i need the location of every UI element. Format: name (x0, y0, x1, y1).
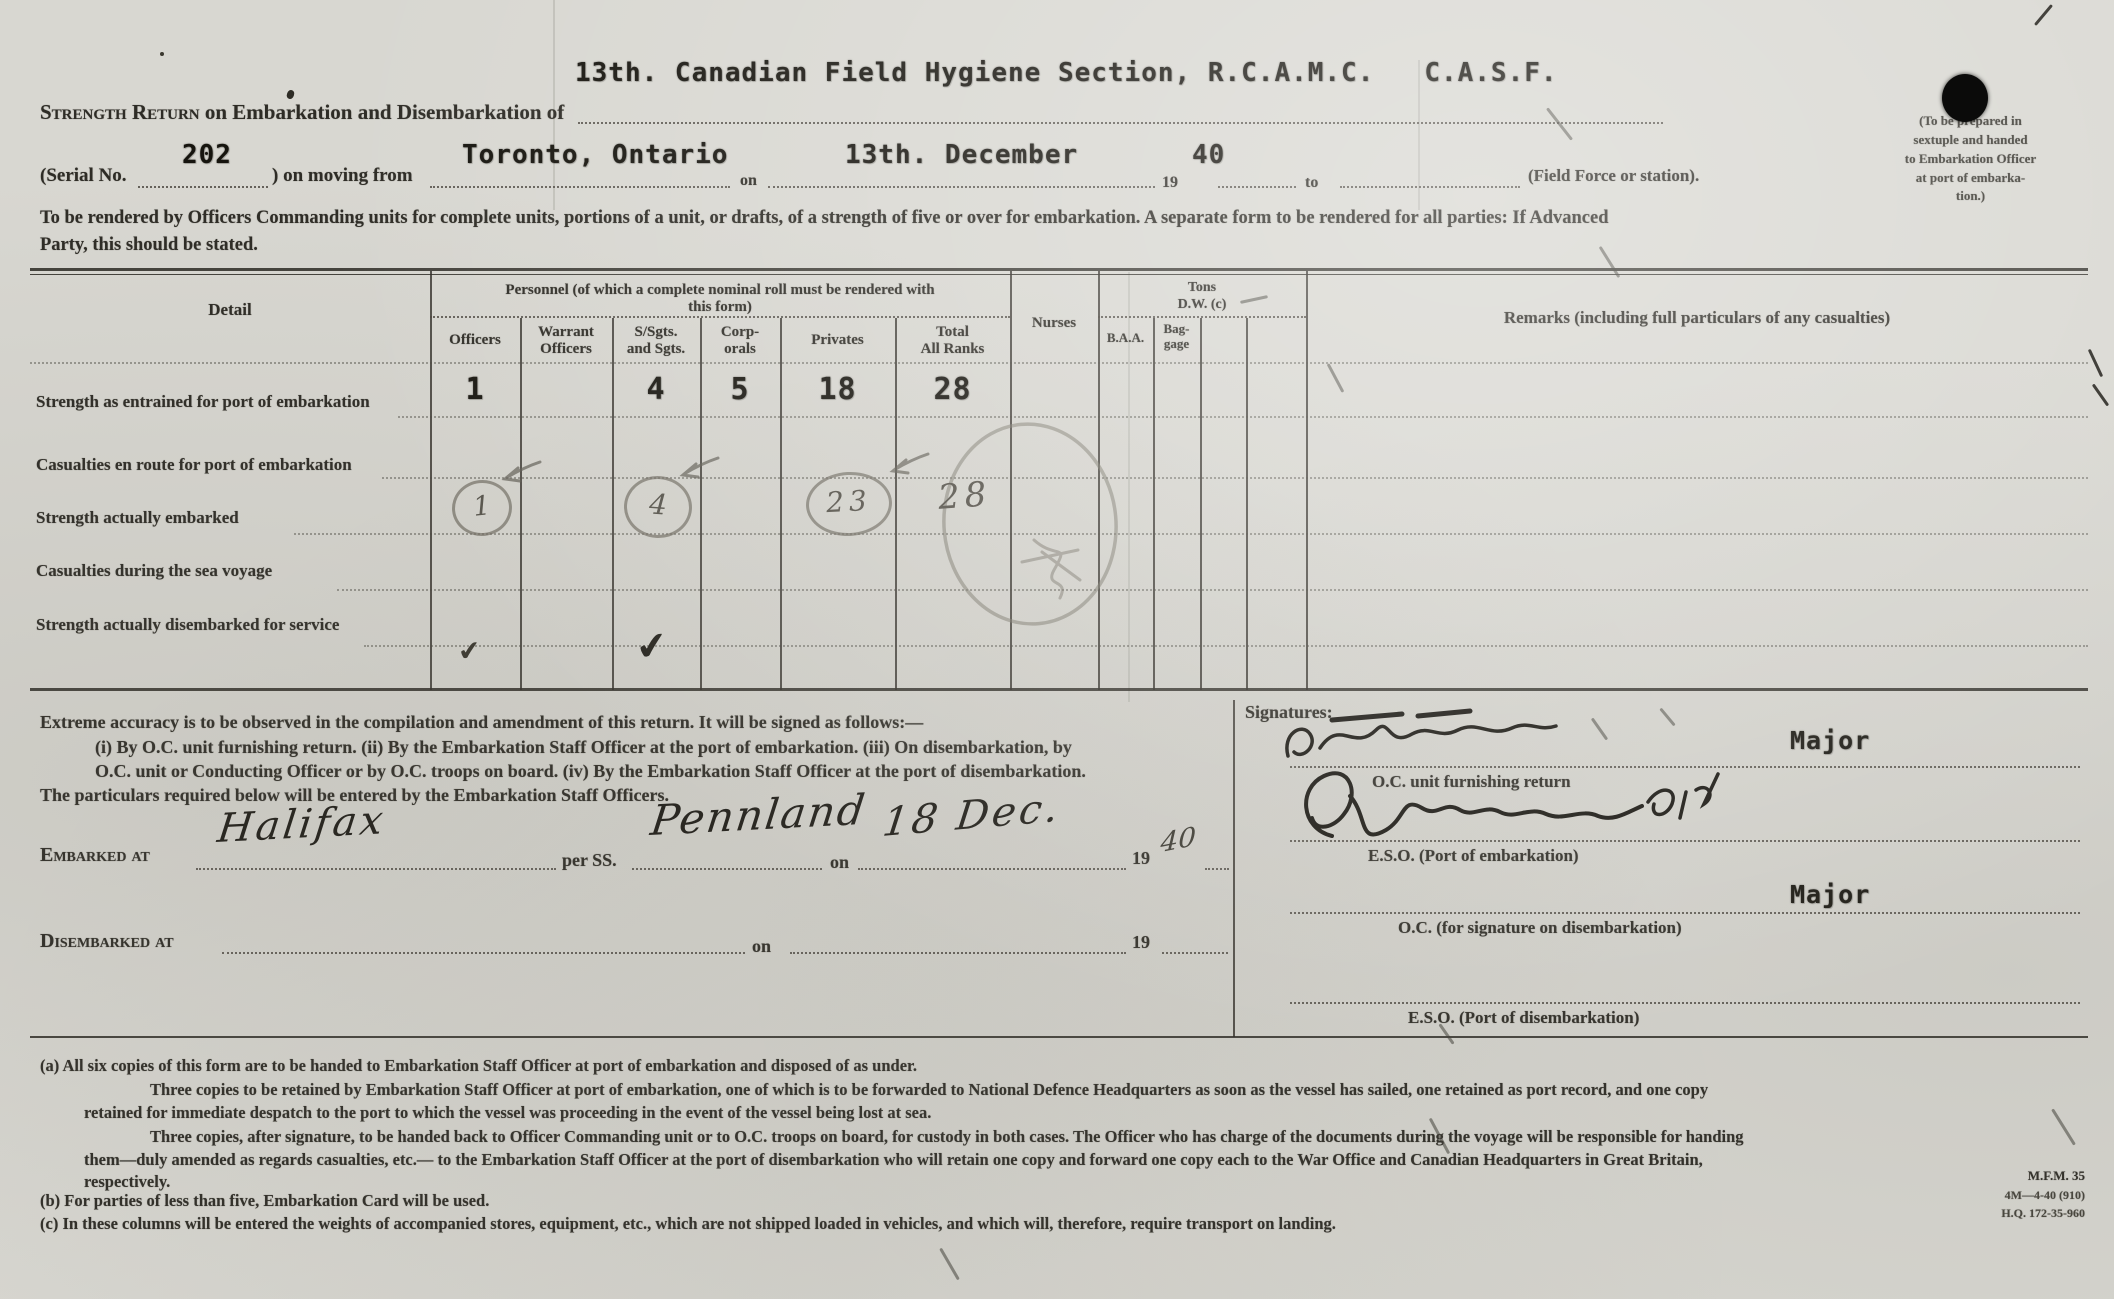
scan-mark (939, 1248, 960, 1281)
per-ss-label: per SS. (562, 850, 617, 871)
to-ruled-line (1340, 186, 1520, 188)
scan-mark (2051, 1108, 2076, 1145)
col-header-baa: B.A.A. (1098, 330, 1153, 346)
to-label: to (1305, 174, 1318, 192)
col-header-nurses: Nurses (1010, 315, 1098, 332)
cell-entrained-total: 28 (895, 372, 1010, 407)
embarked-port-handwriting: Halifax (215, 797, 389, 852)
pencil-value: 4 (648, 487, 668, 521)
check-disembarked-ssgts: ✔ (633, 622, 671, 671)
form-title-rest: on Embarkation and Disembarkation of (200, 100, 565, 124)
row-leader (294, 533, 2088, 535)
section-bottom-rule (30, 1036, 2088, 1038)
signature-label-oc-disembarkation: O.C. (for signature on disembarkation) (1398, 918, 1682, 938)
row-label-actually-embarked: Strength actually embarked (36, 508, 239, 528)
date-typed: 13th. December (845, 140, 1078, 170)
detail-header: Detail (30, 300, 430, 320)
check-disembarked-officers: ✔ (456, 635, 482, 668)
embarked-at-label: Embarked at (40, 844, 150, 867)
disembark-year-prefix: 19 (1132, 932, 1150, 953)
ship-line (632, 868, 822, 870)
intro-line1: To be rendered by Officers Commanding un… (40, 208, 1608, 229)
table-top-rule (30, 268, 2088, 271)
embark-year-handwriting: 40 (1160, 822, 1197, 859)
col-header-warrant-officers: Warrant Officers (520, 324, 612, 359)
tons-header-underline (1098, 316, 1306, 318)
table-top-rule-thin (30, 274, 2088, 275)
intro-line2: Party, this should be stated. (40, 235, 258, 256)
year-ruled-line (1218, 186, 1296, 188)
serial-value-typed: 202 (182, 140, 232, 170)
date-ruled-line (768, 186, 1155, 188)
scan-mark (1327, 363, 1345, 393)
table-vline (1246, 318, 1248, 690)
note-b: (b) For parties of less than five, Embar… (40, 1191, 489, 1211)
strength-return-form-scan: 13th. Canadian Field Hygiene Section, R.… (0, 0, 2114, 1299)
table-vline (520, 318, 522, 690)
row-leader (398, 416, 2088, 418)
disembark-date-line (790, 952, 1126, 954)
ink-speck (286, 89, 296, 100)
cell-embarked-officers-circled: 1 (449, 477, 515, 539)
pencil-scribble-circle (930, 412, 1135, 642)
form-title-smallcaps: Strength Return (40, 100, 200, 124)
cell-entrained-officers: 1 (430, 372, 520, 407)
cell-embarked-ssgts-circled: 4 (622, 474, 694, 541)
signature-eso-scrawl (1292, 756, 1752, 874)
serial-ruled-line (138, 186, 268, 188)
col-header-privates: Privates (780, 332, 895, 349)
row-leader (337, 589, 2088, 591)
row-label-casualties-en-route: Casualties en route for port of embarkat… (36, 455, 352, 475)
cell-entrained-privates: 18 (780, 372, 895, 407)
ship-name-handwriting: Pennland (648, 785, 869, 845)
ink-speck (160, 52, 164, 56)
pencil-arrow-mark (678, 454, 720, 480)
note-c: (c) In these columns will be entered the… (40, 1214, 1336, 1234)
disembarked-at-label: Disembarked at (40, 930, 174, 953)
accuracy-line2: (i) By O.C. unit furnishing return. (ii)… (95, 737, 1072, 758)
pencil-value: 23 (825, 484, 872, 519)
disembarked-on-label: on (752, 936, 771, 957)
scan-mark (2092, 383, 2109, 406)
note-a-line1: (a) All six copies of this form are to b… (40, 1056, 917, 1076)
pencil-value: 1 (472, 490, 492, 523)
accuracy-line3: O.C. unit or Conducting Officer or by O.… (95, 761, 1086, 782)
note-a-line5: them—duly amended as regards casualties,… (84, 1150, 1703, 1170)
cell-embarked-privates-circled: 23 (804, 470, 893, 538)
col-header-officers: Officers (430, 332, 520, 349)
print-ref-batch: 4M—4-40 (910) (1940, 1186, 2085, 1204)
accuracy-line1: Extreme accuracy is to be observed in th… (40, 712, 923, 733)
row-label-casualties-sea-voyage: Casualties during the sea voyage (36, 561, 272, 581)
table-vline (1153, 318, 1155, 690)
embark-year-line (1205, 868, 1229, 870)
cell-entrained-corporals: 5 (700, 372, 780, 407)
col-header-baggage: Bag- gage (1153, 322, 1200, 352)
row-leader (364, 645, 2088, 647)
table-bottom-rule (30, 688, 2088, 691)
year-typed: 40 (1192, 140, 1225, 170)
note-a-line6: respectively. (84, 1172, 170, 1192)
embarked-on-label: on (830, 852, 849, 873)
note-a-line4: Three copies, after signature, to be han… (150, 1127, 1744, 1147)
embark-year-prefix: 19 (1132, 848, 1150, 869)
row-label-actually-disembarked: Strength actually disembarked for servic… (36, 615, 339, 635)
signature-line-3 (1290, 912, 2080, 914)
disembark-year-line (1162, 952, 1228, 954)
year-prefix: 19 (1162, 174, 1178, 192)
col-header-total-all-ranks: Total All Ranks (895, 324, 1010, 359)
tons-group-header: Tons D.W. (c) (1098, 280, 1306, 314)
note-a-line3: retained for immediate despatch to the p… (84, 1103, 931, 1123)
from-ruled-line (430, 186, 730, 188)
embark-date-line (858, 868, 1126, 870)
form-title: Strength Return on Embarkation and Disem… (40, 100, 564, 125)
row-leader (382, 477, 2088, 479)
col-header-corporals: Corp- orals (700, 324, 780, 359)
print-reference-block: M.F.M. 35 4M—4-40 (910) H.Q. 172-35-960 (1940, 1166, 2085, 1222)
ink-blot (1942, 74, 1988, 122)
moving-from-label: ) on moving from (272, 165, 413, 187)
field-force-note: (Field Force or station). (1528, 166, 1699, 186)
row-label-entrained: Strength as entrained for port of embark… (36, 392, 370, 412)
personnel-group-header: Personnel (of which a complete nominal r… (436, 282, 1004, 317)
header-on-label: on (740, 172, 757, 190)
serial-label: (Serial No. (40, 165, 127, 187)
disembarked-port-line (222, 952, 745, 954)
table-vline (1200, 318, 1202, 690)
scan-mark (1659, 708, 1675, 727)
rank-major-1: Major (1790, 726, 1870, 755)
cell-entrained-ssgts: 4 (612, 372, 700, 407)
cell-embarked-total: 28 (937, 474, 993, 518)
column-header-underline (30, 362, 2088, 364)
unit-name-typed: 13th. Canadian Field Hygiene Section, R.… (575, 58, 1558, 88)
pencil-arrow-mark (500, 458, 542, 484)
scan-mark (2034, 4, 2053, 26)
note-a-line2: Three copies to be retained by Embarkati… (150, 1080, 1708, 1100)
scan-mark (2088, 349, 2103, 377)
signature-line-4 (1290, 1002, 2080, 1004)
signatures-box-divider (1233, 700, 1235, 1037)
pencil-arrow-mark (888, 450, 930, 476)
unit-name-ruled-line (578, 122, 1663, 124)
remarks-header: Remarks (including full particulars of a… (1306, 308, 2088, 328)
scan-mark (1546, 107, 1573, 140)
col-header-ssgts: S/Sgts. and Sgts. (612, 324, 700, 359)
print-ref-hq: H.Q. 172-35-960 (1940, 1204, 2085, 1222)
table-vline (1306, 271, 1308, 690)
embarked-port-line (196, 868, 556, 870)
from-place-typed: Toronto, Ontario (462, 140, 728, 170)
sextuple-note: (To be prepared in sextuple and handed t… (1868, 112, 2073, 206)
embark-date-handwriting: 18 Dec. (880, 785, 1064, 846)
rank-major-2: Major (1790, 880, 1870, 909)
print-ref-mfm: M.F.M. 35 (1940, 1166, 2085, 1186)
